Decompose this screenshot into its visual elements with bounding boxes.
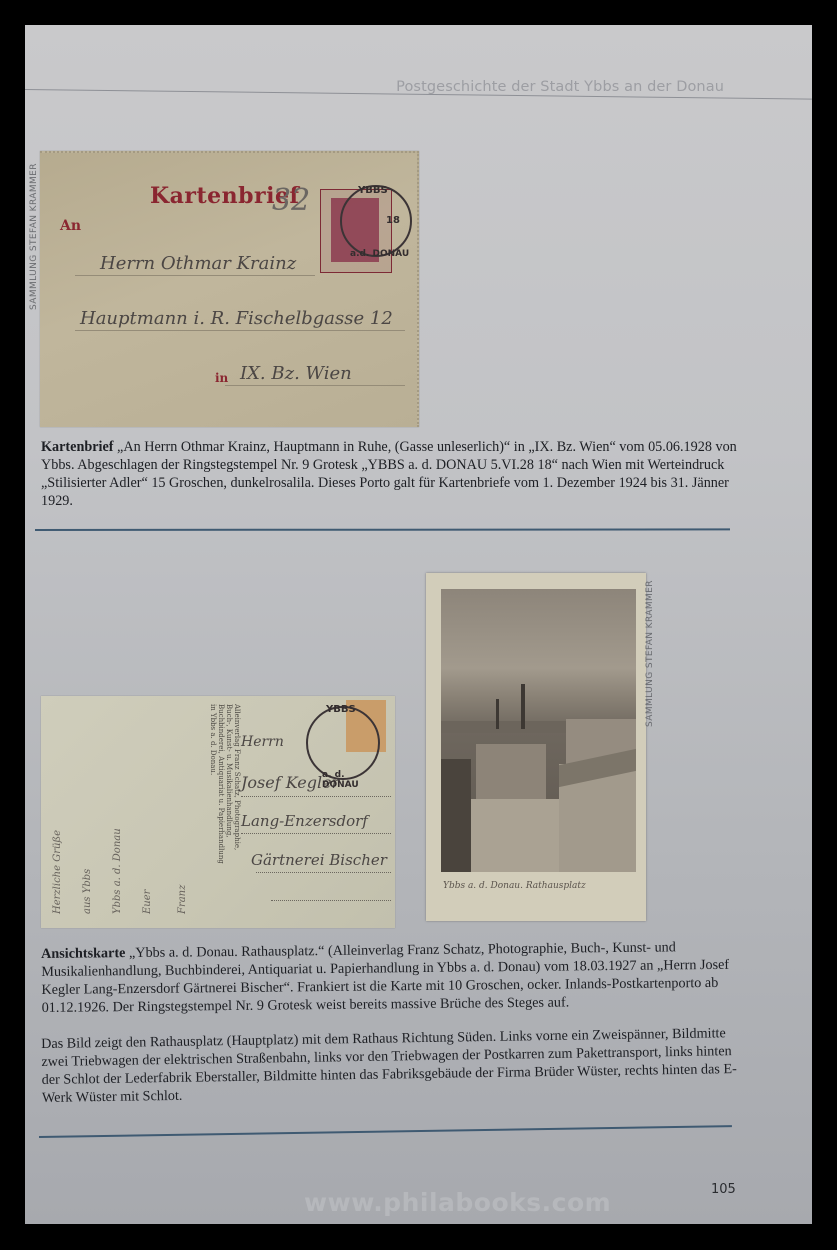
page-number: 105 — [711, 1182, 736, 1197]
postcard-back-image: Herzliche Grüße aus Ybbs Ybbs a. d. Dona… — [41, 696, 395, 928]
handwritten-name: Herrn Othmar Krainz — [100, 253, 296, 274]
description-text: Das Bild zeigt den Rathausplatz (Hauptpl… — [41, 1024, 742, 1107]
in-label: in — [215, 371, 228, 385]
handwritten-message: Herzliche Grüße — [51, 704, 65, 914]
photo-caption: Ybbs a. d. Donau. Rathausplatz — [443, 881, 586, 891]
address-line — [241, 833, 391, 834]
address-salutation: Herrn — [241, 734, 284, 750]
handwritten-title: Hauptmann i. R. Fischelbgasse 12 — [80, 308, 393, 329]
rathausplatz-photo — [441, 589, 636, 872]
handwritten-message: aus Ybbs — [81, 704, 95, 914]
an-label: An — [60, 218, 81, 234]
section-rule — [35, 528, 730, 531]
collection-credit: SAMMLUNG STEFAN KRAMMER — [645, 580, 655, 727]
postmark-icon: YBBS a. d. DONAU — [306, 706, 380, 780]
caption-kartenbrief: Kartenbrief „An Herrn Othmar Krainz, Hau… — [41, 438, 741, 510]
collection-credit: SAMMLUNG STEFAN KRAMMER — [29, 163, 39, 310]
building — [441, 759, 471, 872]
image-description: Das Bild zeigt den Rathausplatz (Hauptpl… — [41, 1024, 742, 1107]
address-line — [241, 796, 391, 797]
section-rule — [39, 1125, 732, 1138]
pencil-note: 32 — [272, 183, 310, 218]
address-town: Lang-Enzersdorf — [241, 812, 368, 830]
handwritten-message: Ybbs a. d. Donau — [111, 704, 125, 914]
kartenbrief-image: Kartenbrief An 32 Herrn Othmar Krainz Ha… — [40, 151, 419, 427]
caption-ansichtskarte: Ansichtskarte „Ybbs a. d. Donau. Rathaus… — [41, 938, 742, 1017]
postmark-icon: YBBS 18 a.d. DONAU — [340, 185, 412, 257]
handwritten-message: Euer — [141, 704, 155, 914]
caption-text: „Ybbs a. d. Donau. Rathausplatz.“ (Allei… — [41, 939, 729, 1016]
chimney-icon — [496, 699, 499, 729]
address-line — [75, 330, 405, 331]
book-page: Postgeschichte der Stadt Ybbs an der Don… — [25, 25, 812, 1224]
publisher-imprint: Alleinverlag Franz Schatz, Photographie,… — [209, 704, 241, 864]
caption-title: Ansichtskarte — [41, 945, 126, 962]
town-hall — [476, 744, 546, 799]
handwritten-message: Franz — [176, 704, 190, 914]
chimney-icon — [521, 684, 525, 729]
postcard-photo-image: Ybbs a. d. Donau. Rathausplatz — [426, 573, 646, 921]
address-line — [271, 900, 391, 901]
address-line — [256, 872, 391, 873]
handwritten-city: IX. Bz. Wien — [240, 363, 352, 384]
address-line — [225, 385, 405, 386]
running-head: Postgeschichte der Stadt Ybbs an der Don… — [396, 79, 724, 95]
caption-text: „An Herrn Othmar Krainz, Hauptmann in Ru… — [41, 439, 737, 509]
caption-title: Kartenbrief — [41, 439, 114, 455]
address-business: Gärtnerei Bischer — [251, 851, 387, 869]
address-line — [75, 275, 315, 276]
watermark: www.philabooks.com — [304, 1188, 611, 1217]
